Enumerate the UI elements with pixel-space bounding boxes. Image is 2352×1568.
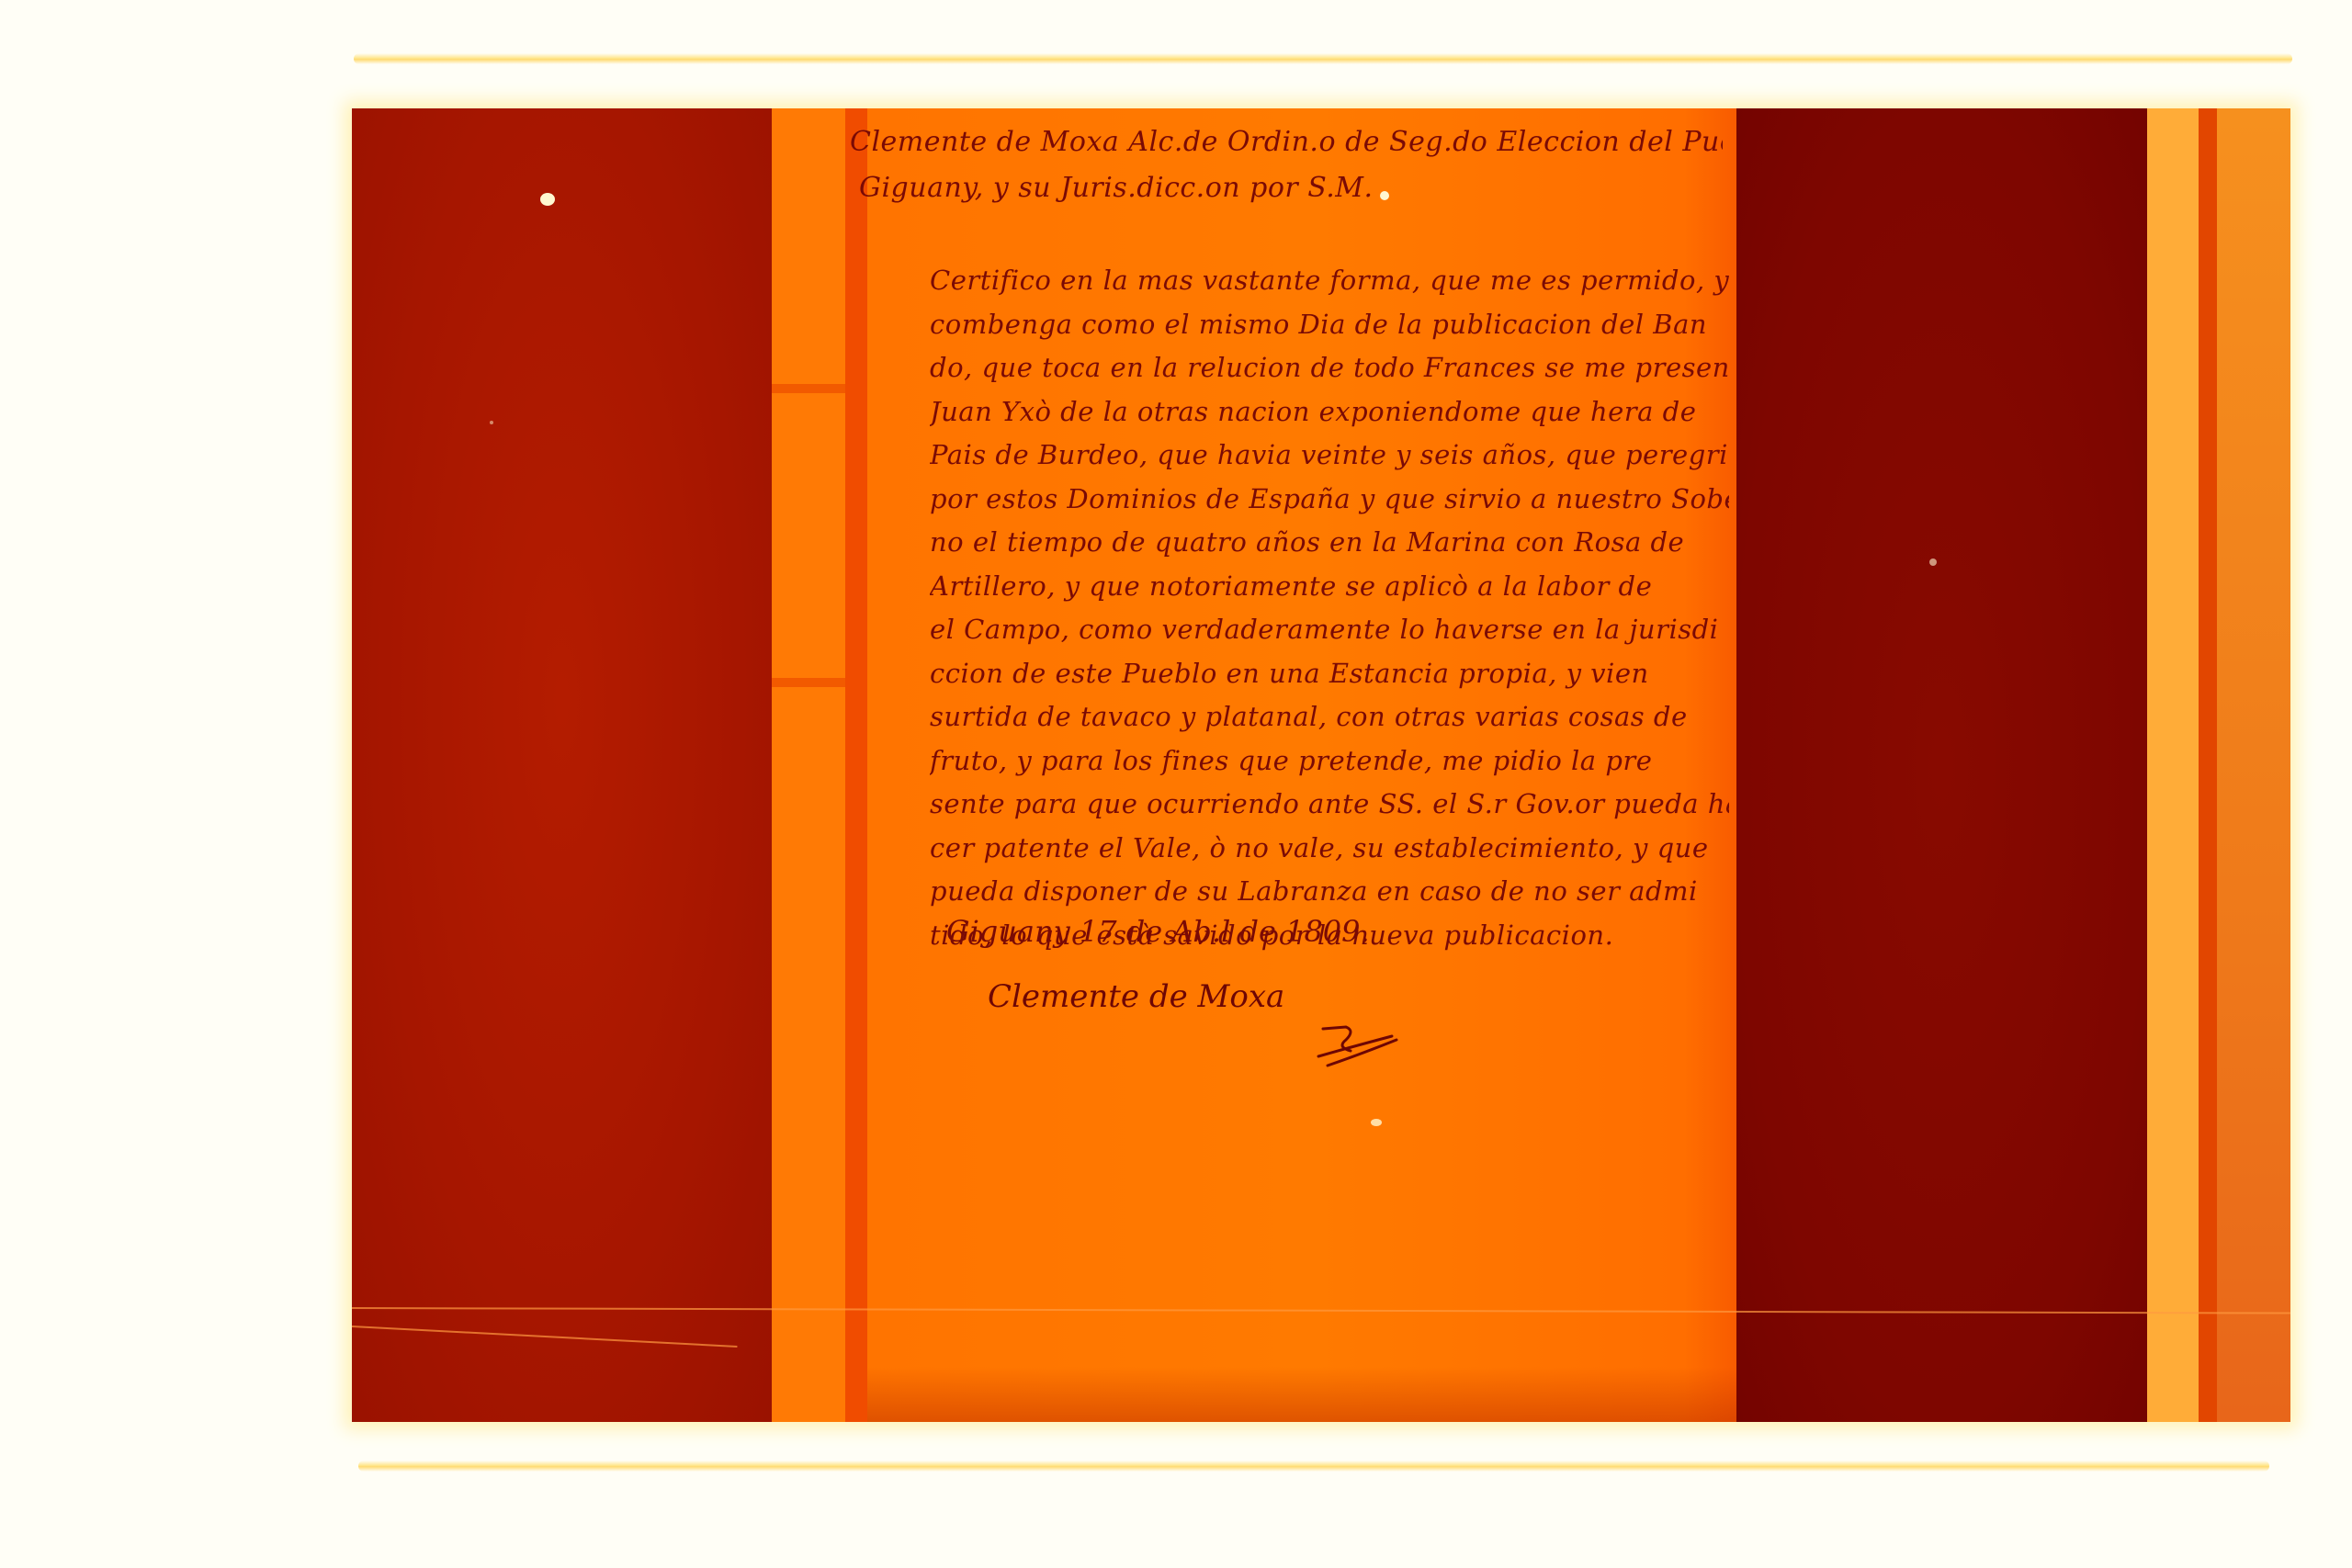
body-line: Certifico en la mas vastante forma, que …	[930, 259, 1729, 303]
document-body: Certifico en la mas vastante forma, que …	[930, 259, 1729, 957]
right-dark-panel	[1736, 108, 2147, 1422]
right-light-strip	[2147, 108, 2199, 1422]
body-line: Pais de Burdeo, que havia veinte y seis …	[930, 434, 1729, 478]
signature-flourish-icon	[1305, 1020, 1415, 1075]
header-line: Giguany, y su Juris.dicc.on por S.M.	[850, 165, 1723, 211]
right-red-line	[2199, 108, 2217, 1422]
date-line: Giguany 17 de Ab.l de 1809.	[946, 914, 1370, 949]
body-line: surtida de tavaco y platanal, con otras …	[930, 695, 1729, 739]
fold-line	[772, 678, 845, 687]
left-page-edge	[845, 108, 867, 1422]
body-line: sente para que ocurriendo ante SS. el S.…	[930, 783, 1729, 827]
dust-speck	[1929, 558, 1937, 566]
body-line: el Campo, como verdaderamente lo haverse…	[930, 608, 1729, 652]
frame-bottom-edge	[358, 1461, 2269, 1472]
body-line: no el tiempo de quatro años en la Marina…	[930, 521, 1729, 565]
dust-speck	[540, 193, 555, 206]
body-line: Juan Yxò de la otras nacion exponiendome…	[930, 390, 1729, 434]
body-line: cer patente el Vale, ò no vale, su estab…	[930, 827, 1729, 871]
page-bottom-shadow	[867, 1367, 1755, 1422]
document-header: Clemente de Moxa Alc.de Ordin.o de Seg.d…	[850, 119, 1723, 211]
right-page-strip	[2217, 108, 2290, 1422]
body-line: Artillero, y que notoriamente se aplicò …	[930, 565, 1729, 609]
body-line: fruto, y para los fines que pretende, me…	[930, 739, 1729, 784]
body-line: ccion de este Pueblo en una Estancia pro…	[930, 652, 1729, 696]
signature: Clemente de Moxa	[988, 978, 1284, 1015]
body-line: pueda disponer de su Labranza en caso de…	[930, 870, 1729, 914]
left-page-strip	[772, 108, 845, 1422]
header-line: Clemente de Moxa Alc.de Ordin.o de Seg.d…	[850, 119, 1723, 165]
body-line: do, que toca en la relucion de todo Fran…	[930, 346, 1729, 390]
body-line: combenga como el mismo Dia de la publica…	[930, 303, 1729, 347]
dust-speck	[490, 421, 493, 424]
fold-line	[772, 384, 845, 393]
body-line: por estos Dominios de España y que sirvi…	[930, 478, 1729, 522]
dust-speck	[1371, 1119, 1382, 1126]
frame-top-edge	[354, 53, 2292, 64]
left-dark-panel	[352, 108, 772, 1422]
